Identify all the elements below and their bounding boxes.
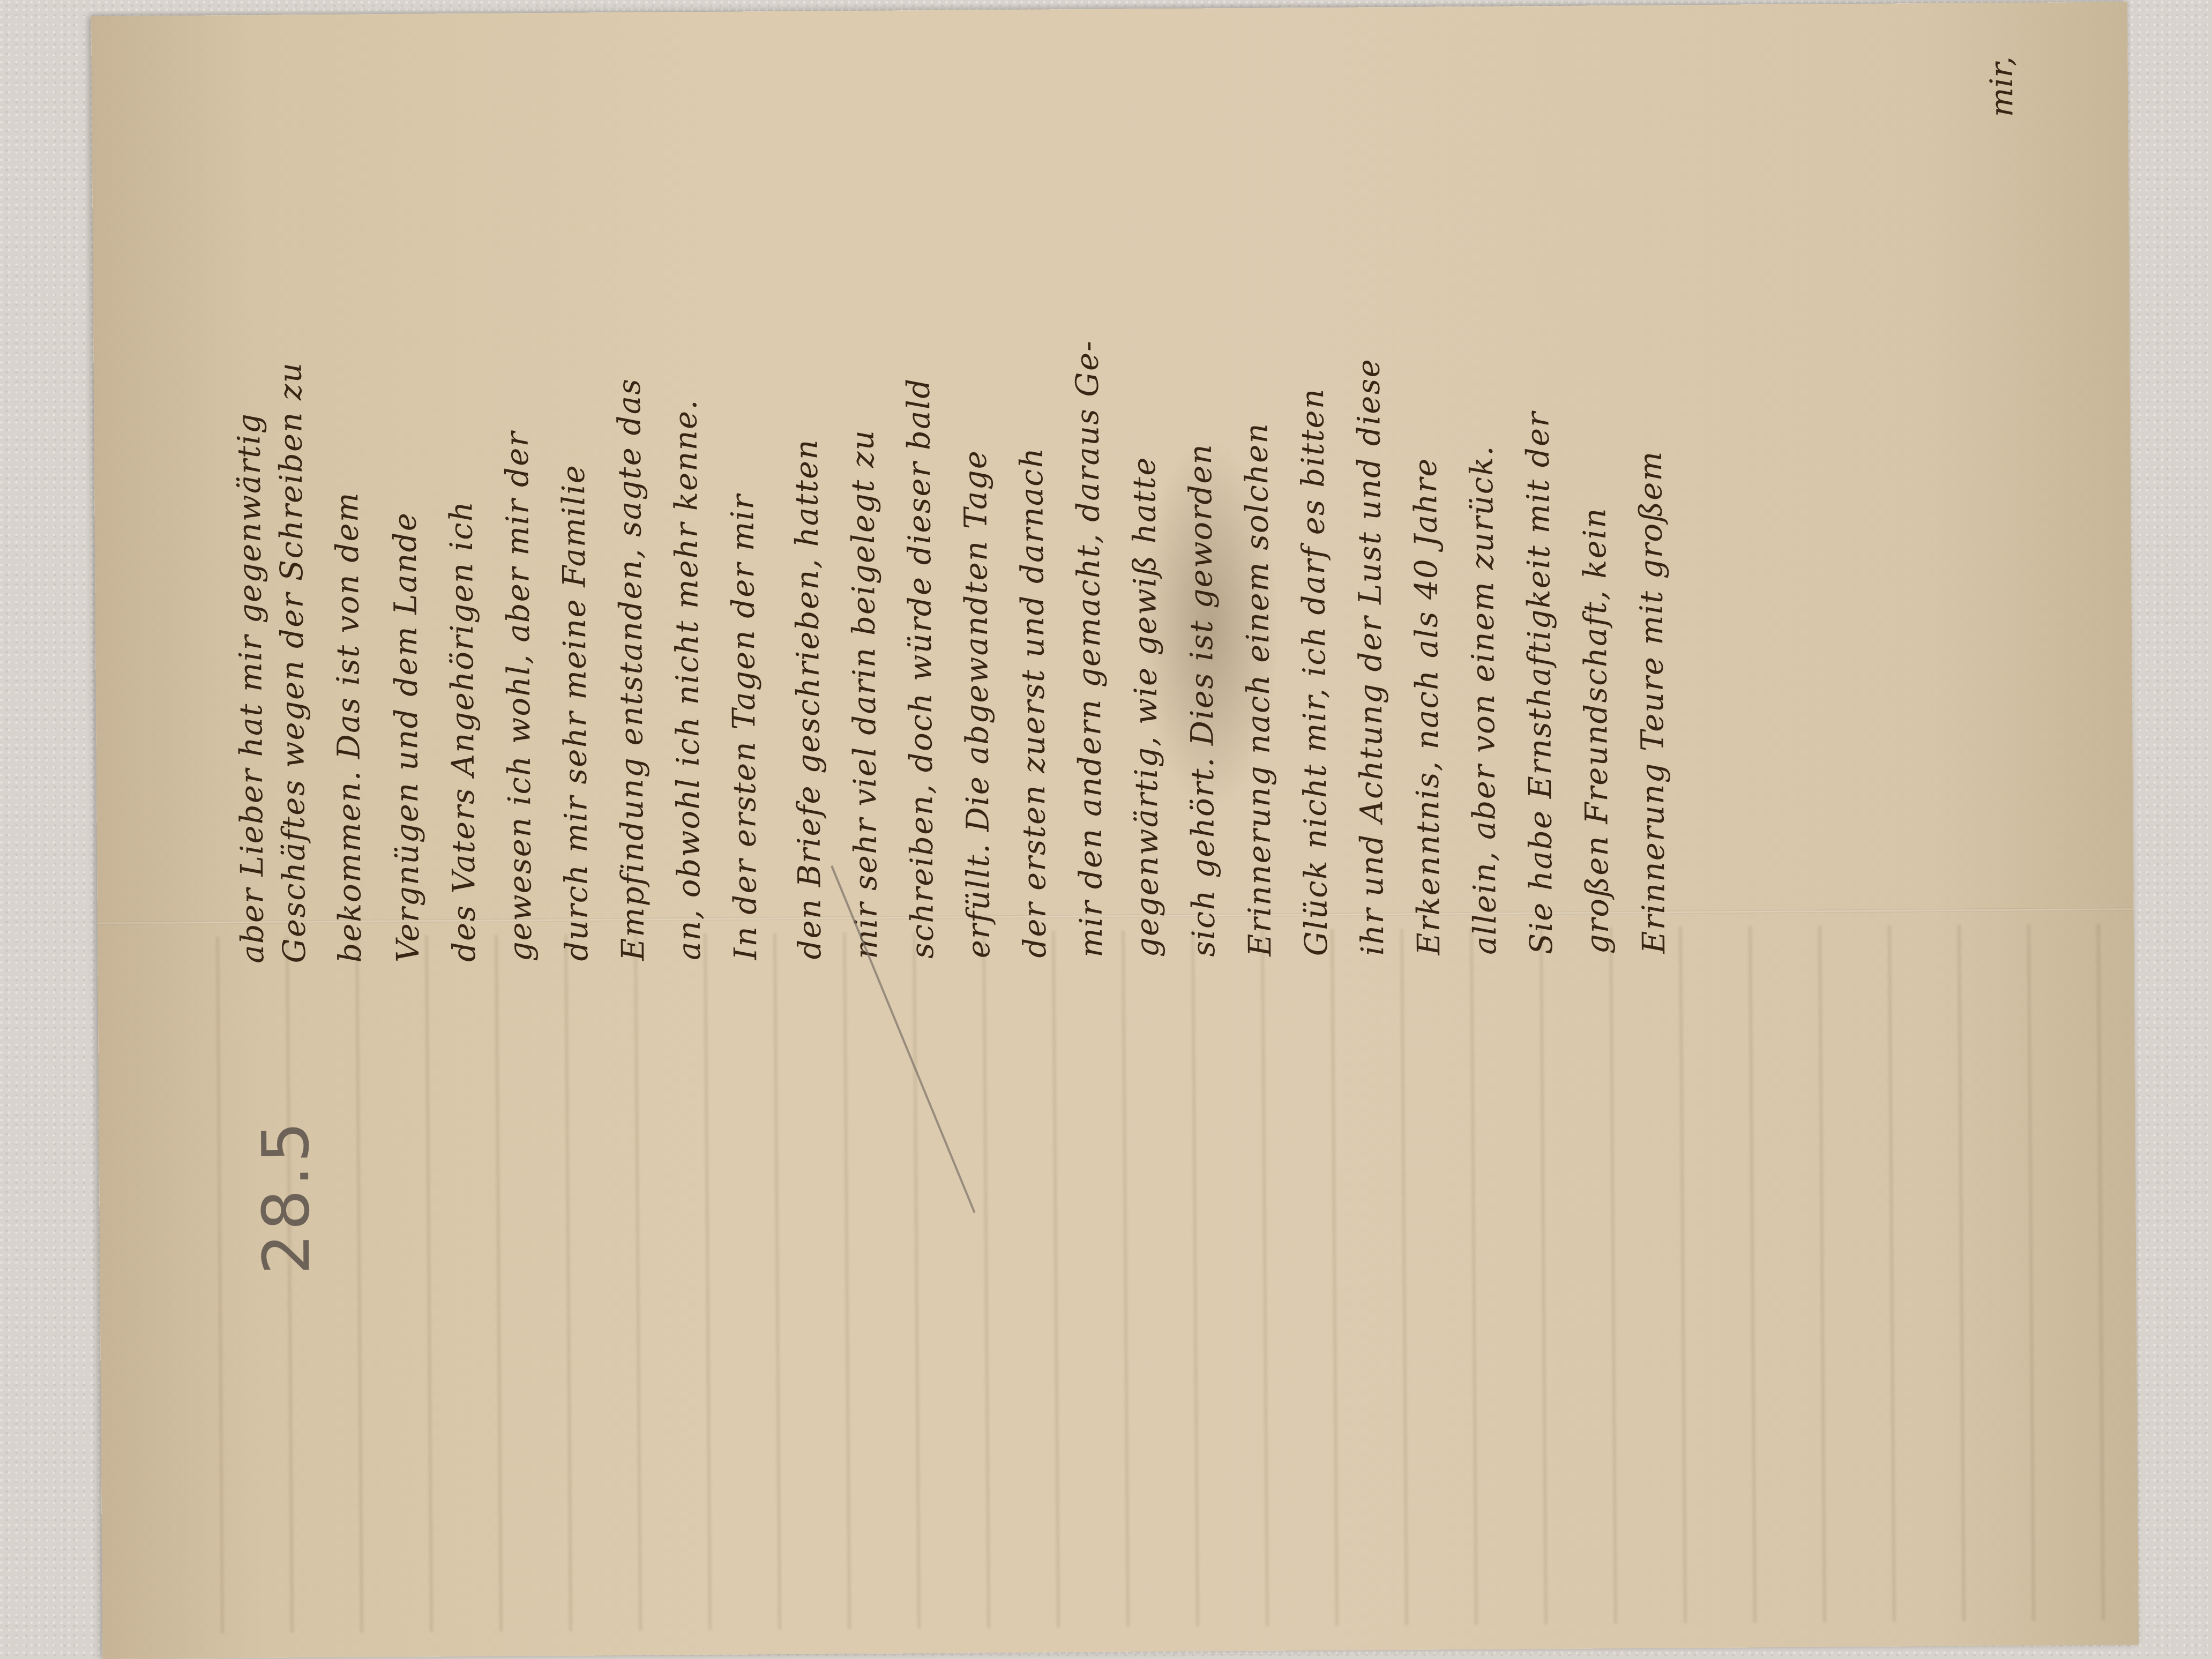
text-line: mir sehr viel darin beigelegt zu xyxy=(845,80,881,959)
text-line: Vergnügen und dem Lande xyxy=(386,84,423,962)
closing-word: mir, xyxy=(1983,56,2020,117)
text-line: gegenwärtig, wie gewiß hatte xyxy=(1126,78,1163,957)
text-line: ihr und Achtung der Lust und diese xyxy=(1351,77,1388,955)
handwritten-text-block: aber Lieber hat mir gegenwärtig Geschäft… xyxy=(230,40,2059,963)
text-line: Sie habe Ernsthaftigkeit mit der xyxy=(1520,76,1557,954)
pencil-annotation: 28.5 xyxy=(249,1118,324,1275)
text-line: schreiben, doch würde dieser bald xyxy=(901,80,938,959)
text-line: Glück nicht mir, ich darf es bitten xyxy=(1295,77,1332,956)
text-line: aber Lieber hat mir gegenwärtig xyxy=(231,85,268,963)
text-line: erfüllt. Die abgewandten Tage xyxy=(957,79,994,958)
text-line: des Vaters Angehörigen ich xyxy=(443,83,480,962)
text-line: Erinnerung nach einem solchen xyxy=(1238,78,1275,956)
text-line: In der ersten Tagen der mir xyxy=(724,81,761,960)
text-line: Geschäftes wegen der Schreiben zu xyxy=(273,84,310,963)
text-line: Erkenntnis, nach als 40 Jahre xyxy=(1407,76,1444,955)
text-line: Empfindung entstanden, sagte das xyxy=(611,82,648,961)
text-line: mir den andern gemacht, daraus Ge- xyxy=(1070,79,1107,958)
text-line: Erinnerung Teure mit großem xyxy=(1632,75,1669,954)
text-line: großen Freundschaft, kein xyxy=(1576,75,1613,954)
letter-page: aber Lieber hat mir gegenwärtig Geschäft… xyxy=(91,2,2139,1658)
bleed-through-text xyxy=(183,923,2139,1634)
text-line: gewesen ich wohl, aber mir der xyxy=(499,83,536,961)
text-line: durch mir sehr meine Familie xyxy=(555,83,592,961)
text-line: bekommen. Das ist von dem xyxy=(328,84,365,963)
text-line: den Briefe geschrieben, hatten xyxy=(788,81,825,960)
text-line: allein, aber von einem zurück. xyxy=(1463,76,1500,955)
text-line: an, obwohl ich nicht mehr kenne. xyxy=(668,81,705,960)
text-line: sich gehört. Dies ist geworden xyxy=(1182,78,1219,956)
text-line: der ersten zuerst und darnach xyxy=(1013,79,1050,958)
